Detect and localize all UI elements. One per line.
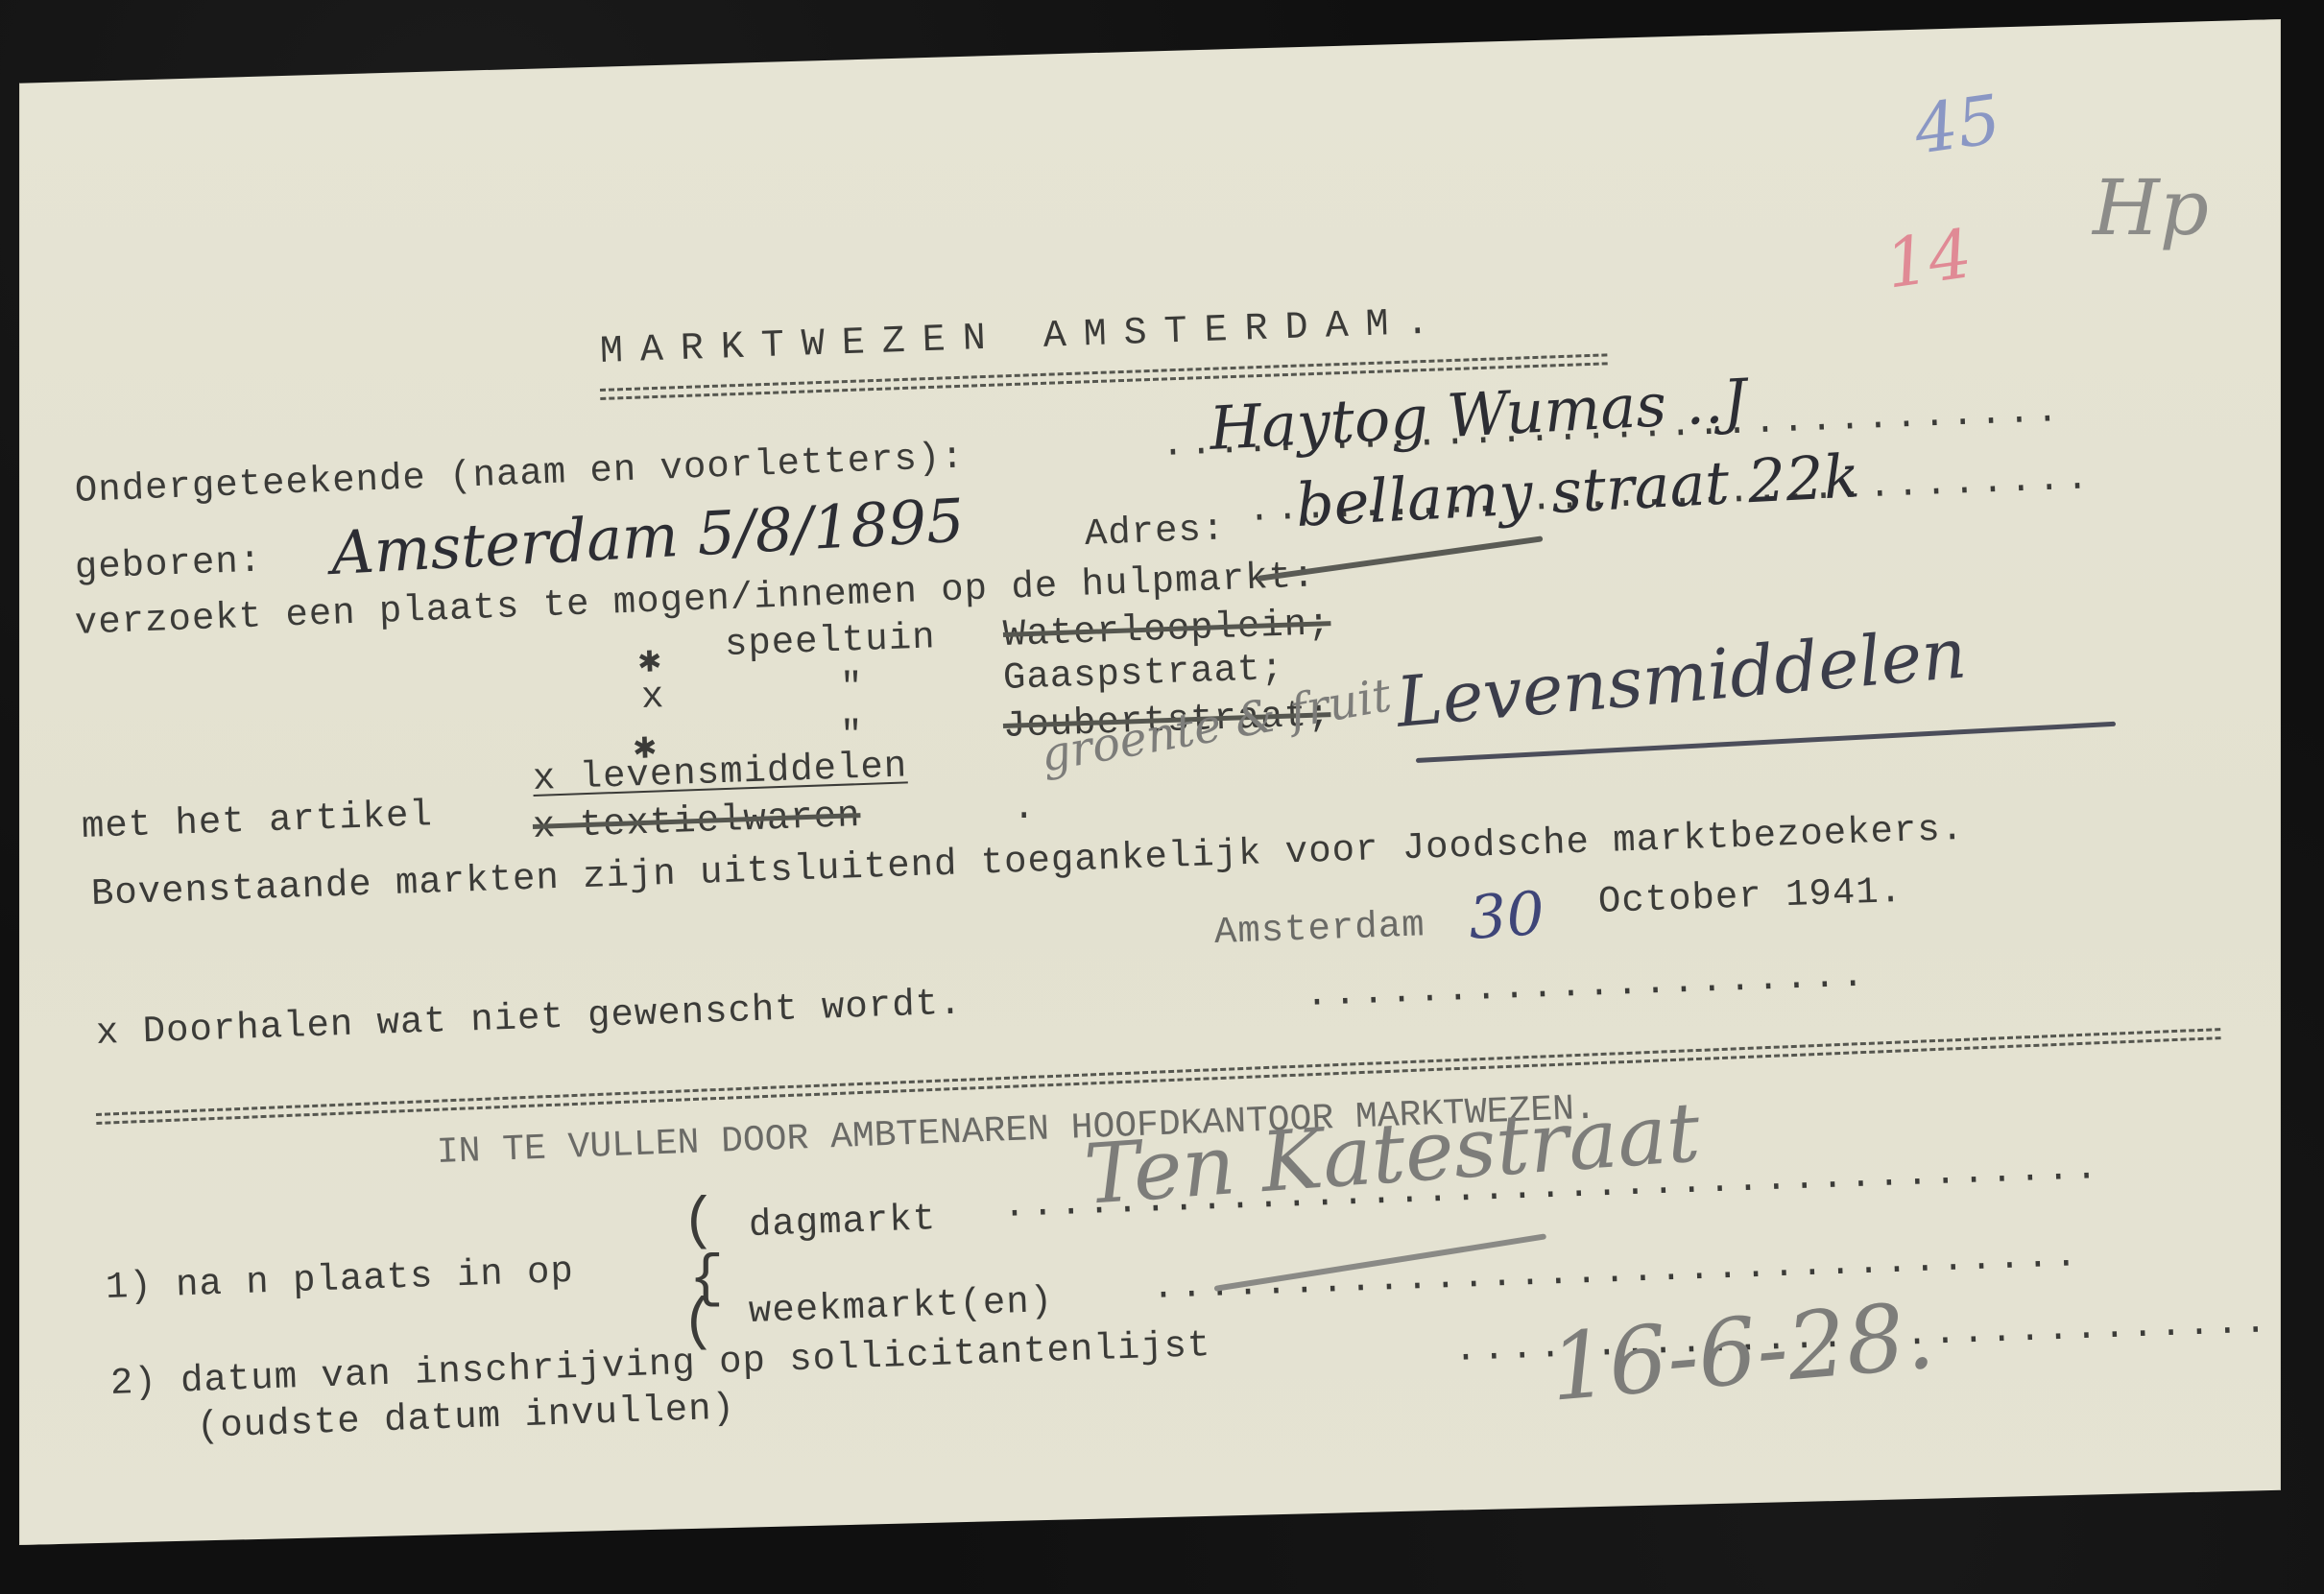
- born-label: geboren:: [74, 540, 263, 589]
- handwritten-day[interactable]: 30: [1466, 878, 1546, 953]
- address-label: Adres:: [1084, 508, 1226, 556]
- market-prefix-speeltuin: speeltuin: [724, 616, 936, 666]
- red-pencil-number: 14: [1881, 214, 1977, 304]
- brace-open: (: [682, 1190, 717, 1255]
- dagmarkt-label: dagmarkt: [748, 1198, 937, 1247]
- ditto-mark: ": [840, 667, 863, 709]
- pencil-initials-mark: Hp: [2093, 163, 2209, 252]
- date-place: Amsterdam: [1213, 904, 1426, 954]
- blue-pencil-number: 45: [1909, 80, 2005, 170]
- market-marker: x: [640, 676, 665, 719]
- period: .: [1013, 787, 1036, 829]
